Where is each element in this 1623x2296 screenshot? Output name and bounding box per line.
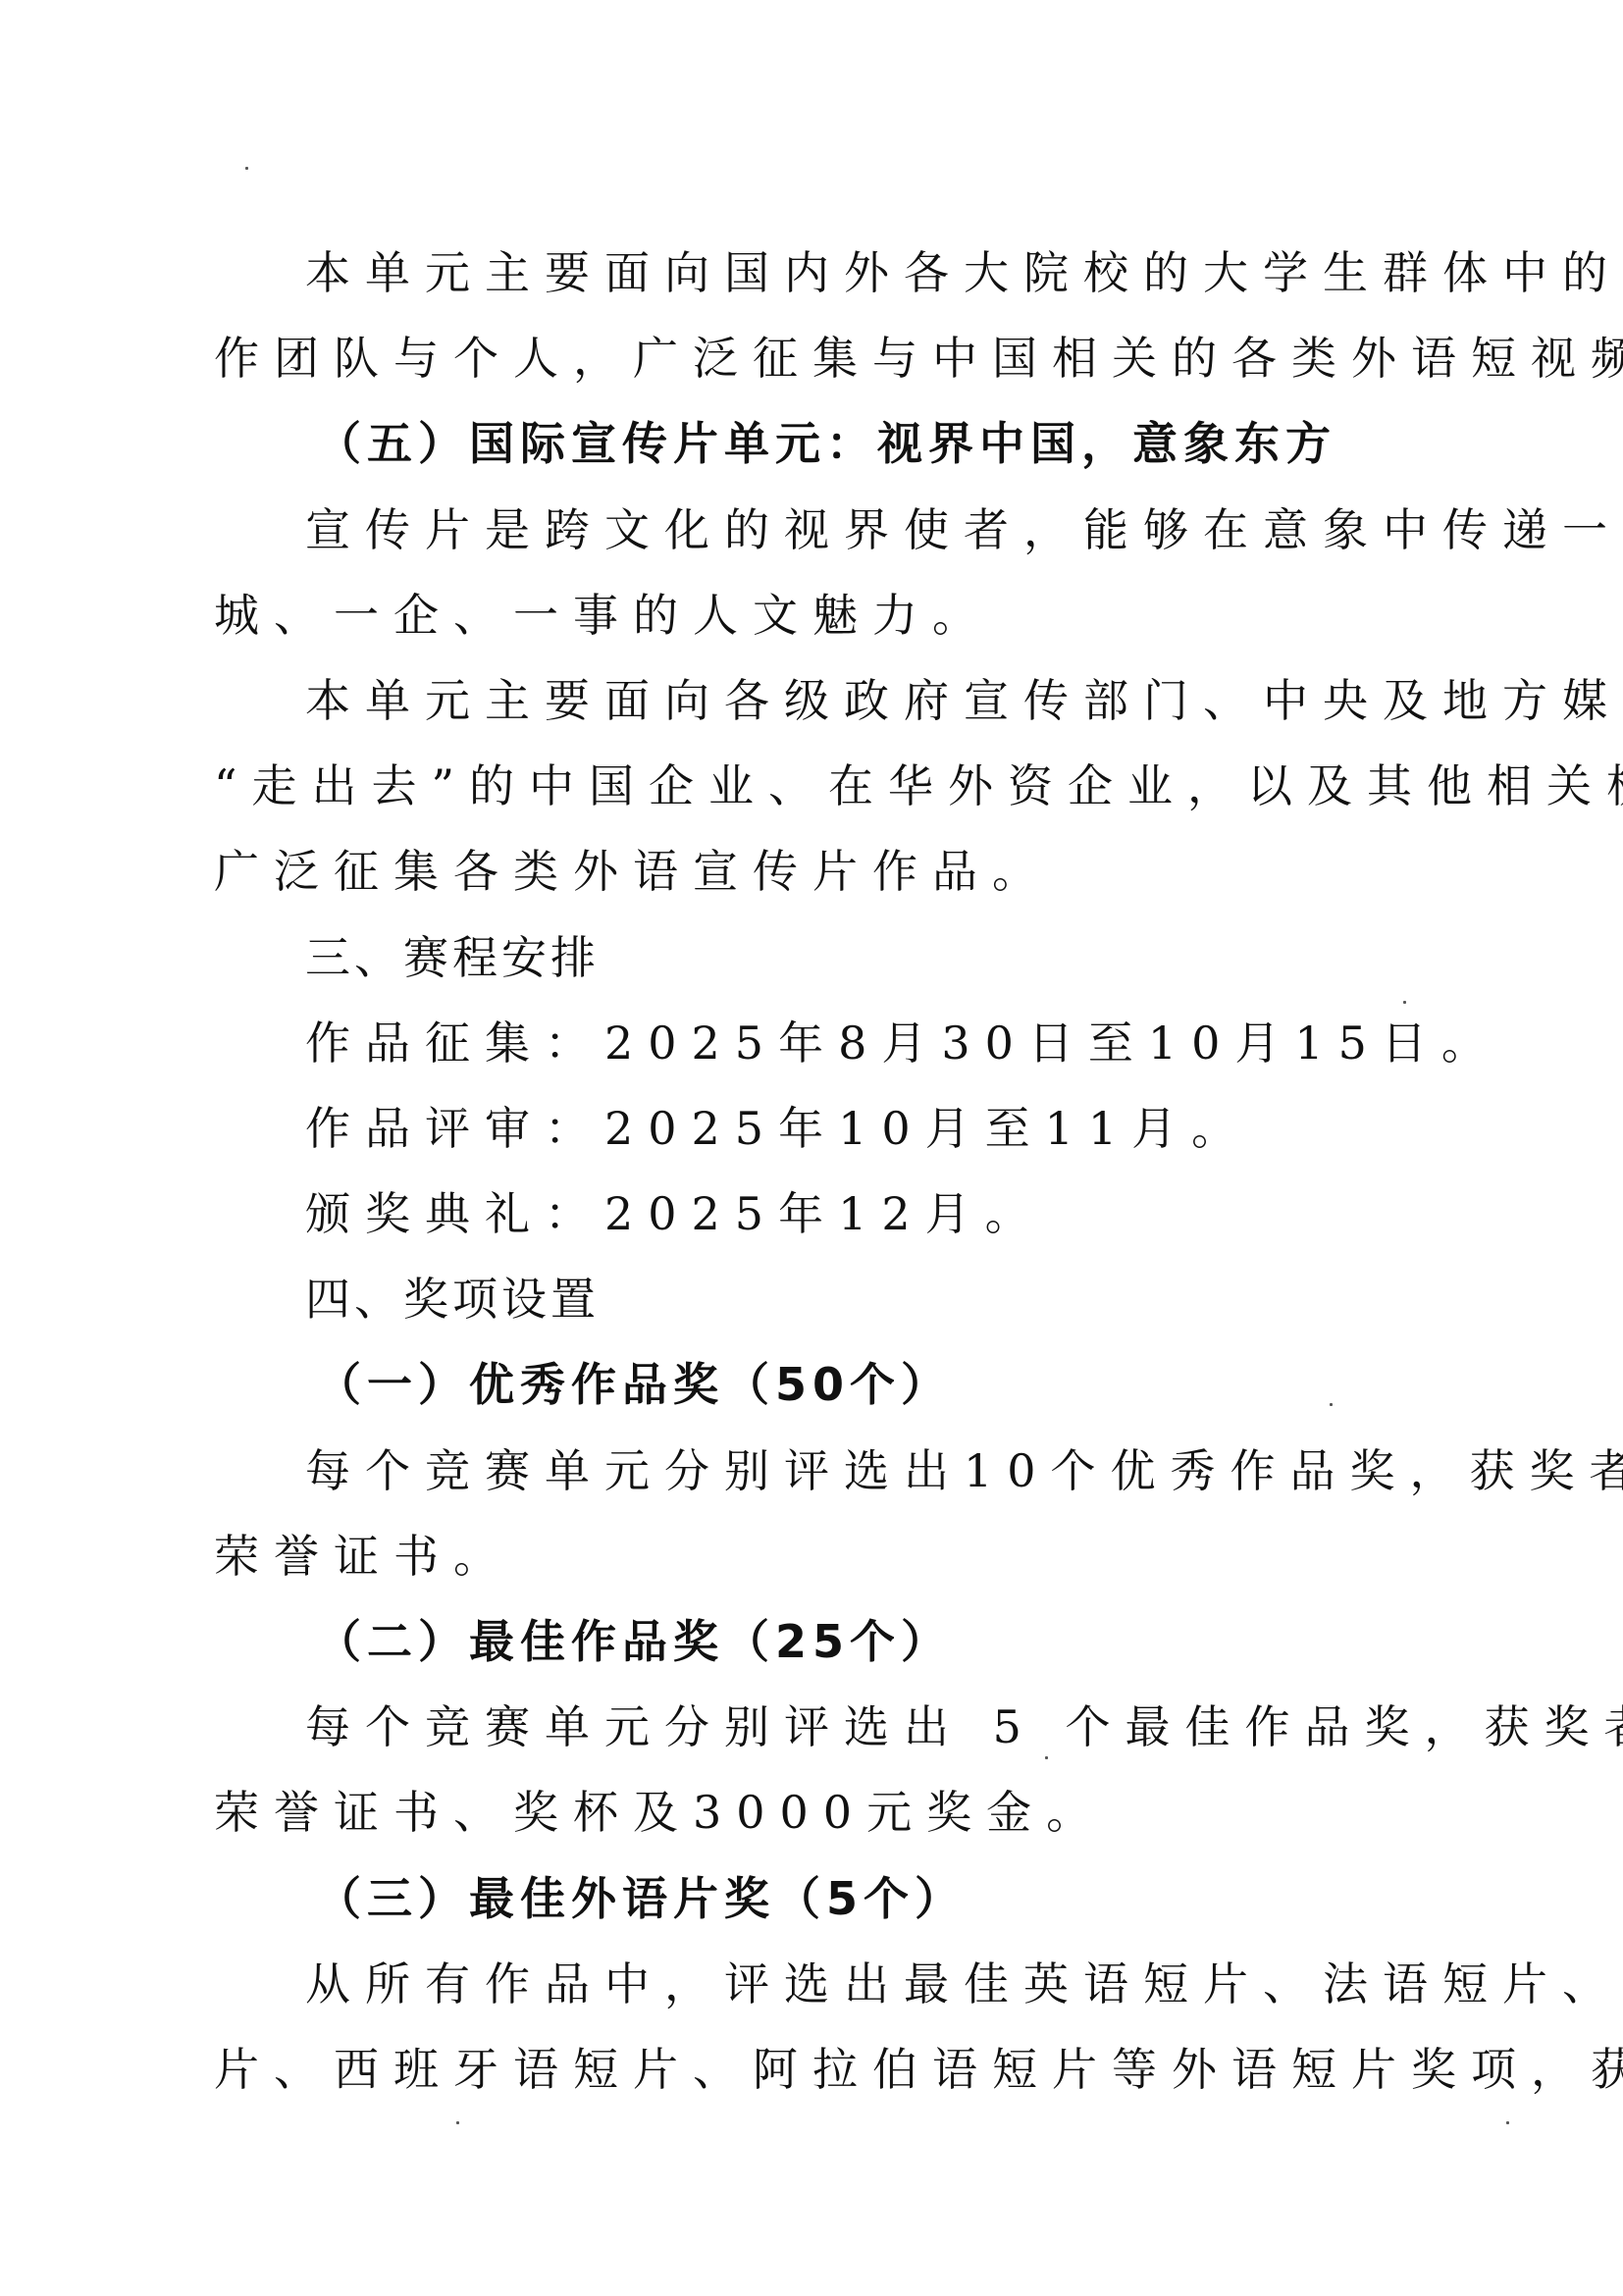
heading-awards: 四、奖项设置 [214, 1257, 1397, 1342]
paragraph-award-foreign-language-line2: 片、西班牙语短片、阿拉伯语短片等外语短片奖项，获奖者可 [214, 2027, 1397, 2113]
scan-speck [461, 1109, 464, 1112]
heading-award-excellent: （一）优秀作品奖（50个） [214, 1342, 1397, 1428]
paragraph-award-best-line2: 荣誉证书、奖杯及3000元奖金。 [214, 1770, 1397, 1855]
paragraph-award-excellent-line2: 荣誉证书。 [214, 1514, 1397, 1599]
paragraph-unit5-intro-line1: 宣传片是跨文化的视界使者，能够在意象中传递一国、一 [214, 488, 1397, 573]
schedule-item-review: 作品评审：2025年10月至11月。 [214, 1086, 1397, 1172]
heading-unit5: （五）国际宣传片单元：视界中国，意象东方 [214, 401, 1397, 487]
paragraph-award-foreign-language-line1: 从所有作品中，评选出最佳英语短片、法语短片、俄语短 [214, 1942, 1397, 2027]
scan-speck [1506, 2121, 1509, 2124]
document-page: 本单元主要面向国内外各大院校的大学生群体中的中外创 作团队与个人，广泛征集与中国… [214, 231, 1397, 2113]
scan-speck [1330, 1403, 1333, 1406]
scan-speck [456, 2121, 459, 2124]
paragraph-unit4-audience-line1: 本单元主要面向国内外各大院校的大学生群体中的中外创 [214, 231, 1397, 316]
heading-award-foreign-language: （三）最佳外语片奖（5个） [214, 1856, 1397, 1942]
paragraph-award-excellent-line1: 每个竞赛单元分别评选出10个优秀作品奖，获奖者可获授 [214, 1429, 1397, 1514]
paragraph-unit5-audience-line3: 广泛征集各类外语宣传片作品。 [214, 829, 1397, 914]
scan-speck [1403, 1001, 1406, 1004]
paragraph-unit5-audience-line2: “走出去”的中国企业、在华外资企业，以及其他相关机构， [214, 744, 1397, 829]
schedule-item-submission: 作品征集：2025年8月30日至10月15日。 [214, 1001, 1397, 1086]
schedule-item-ceremony: 颁奖典礼：2025年12月。 [214, 1172, 1397, 1257]
paragraph-unit5-audience-line1: 本单元主要面向各级政府宣传部门、中央及地方媒体、 [214, 658, 1397, 744]
heading-award-best: （二）最佳作品奖（25个） [214, 1599, 1397, 1685]
scan-speck [1045, 1756, 1048, 1759]
paragraph-unit5-intro-line2: 城、一企、一事的人文魅力。 [214, 573, 1397, 658]
scan-speck [245, 167, 248, 170]
heading-schedule: 三、赛程安排 [214, 915, 1397, 1001]
paragraph-unit4-audience-line2: 作团队与个人，广泛征集与中国相关的各类外语短视频作品。 [214, 316, 1397, 401]
paragraph-award-best-line1: 每个竞赛单元分别评选出 5 个最佳作品奖，获奖者可获授 [214, 1685, 1397, 1770]
